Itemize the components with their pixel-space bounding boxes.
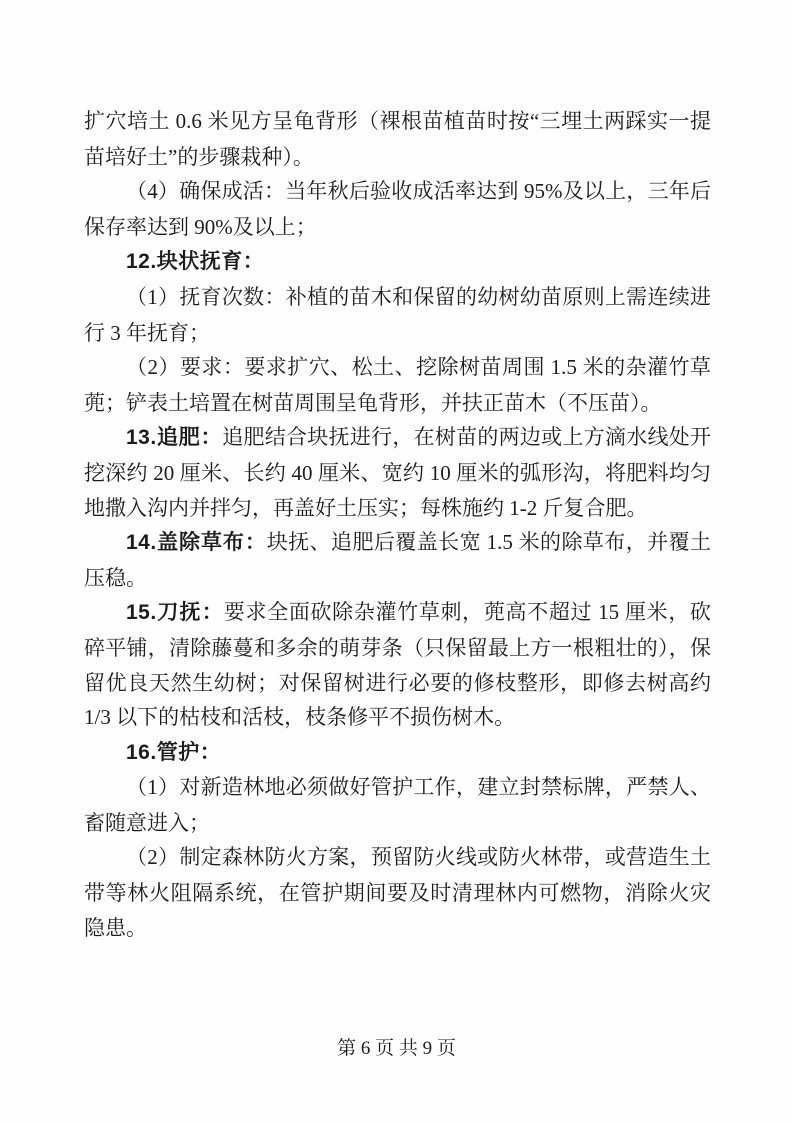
- paragraph-section-16: 16.管护：: [84, 735, 711, 771]
- paragraph-section-15: 15.刀抚：要求全面砍除杂灌竹草刺，蔸高不超过 15 厘米，砍碎平铺，清除藤蔓和…: [84, 595, 711, 734]
- paragraph-heading: 12.块状抚育：: [126, 250, 264, 273]
- paragraph: （2）要求：要求扩穴、松土、挖除树苗周围 1.5 米的杂灌竹草蔸；铲表土培置在树…: [84, 350, 711, 420]
- paragraph-text: （1）对新造林地必须做好管护工作，建立封禁标牌，严禁人、畜随意进入；: [84, 775, 711, 835]
- paragraph: （1）对新造林地必须做好管护工作，建立封禁标牌，严禁人、畜随意进入；: [84, 770, 711, 840]
- paragraph-section-13: 13.追肥：追肥结合块抚进行，在树苗的两边或上方滴水线处开挖深约 20 厘米、长…: [84, 420, 711, 525]
- paragraph-text: （4）确保成活：当年秋后验收成活率达到 95%及以上，三年后保存率达到 90%及…: [84, 179, 711, 239]
- paragraph-heading: 13.追肥：: [126, 426, 222, 449]
- paragraph-heading: 16.管护：: [126, 741, 221, 764]
- paragraph-text: （2）制定森林防火方案，预留防火线或防火林带，或营造生土带等林火阻隔系统，在管护…: [84, 845, 711, 939]
- paragraph-text: （1）抚育次数：补植的苗木和保留的幼树幼苗原则上需连续进行 3 年抚育；: [84, 285, 711, 345]
- paragraph-text: （2）要求：要求扩穴、松土、挖除树苗周围 1.5 米的杂灌竹草蔸；铲表土培置在树…: [84, 355, 711, 415]
- document-body: 扩穴培土 0.6 米见方呈龟背形（裸根苗植苗时按“三埋土两踩实一提苗培好土”的步…: [84, 104, 711, 945]
- paragraph-heading: 14.盖除草布：: [126, 531, 267, 554]
- paragraph-section-14: 14.盖除草布：块抚、追肥后覆盖长宽 1.5 米的除草布，并覆土压稳。: [84, 525, 711, 595]
- page-number: 第 6 页 共 9 页: [0, 1033, 793, 1060]
- paragraph: （1）抚育次数：补植的苗木和保留的幼树幼苗原则上需连续进行 3 年抚育；: [84, 280, 711, 350]
- paragraph: 扩穴培土 0.6 米见方呈龟背形（裸根苗植苗时按“三埋土两踩实一提苗培好土”的步…: [84, 104, 711, 174]
- paragraph-section-12: 12.块状抚育：: [84, 244, 711, 280]
- document-page: 扩穴培土 0.6 米见方呈龟背形（裸根苗植苗时按“三埋土两踩实一提苗培好土”的步…: [0, 0, 793, 1122]
- paragraph: （4）确保成活：当年秋后验收成活率达到 95%及以上，三年后保存率达到 90%及…: [84, 174, 711, 244]
- paragraph: （2）制定森林防火方案，预留防火线或防火林带，或营造生土带等林火阻隔系统，在管护…: [84, 840, 711, 945]
- paragraph-text: 扩穴培土 0.6 米见方呈龟背形（裸根苗植苗时按“三埋土两踩实一提苗培好土”的步…: [84, 109, 711, 169]
- paragraph-heading: 15.刀抚：: [126, 601, 224, 624]
